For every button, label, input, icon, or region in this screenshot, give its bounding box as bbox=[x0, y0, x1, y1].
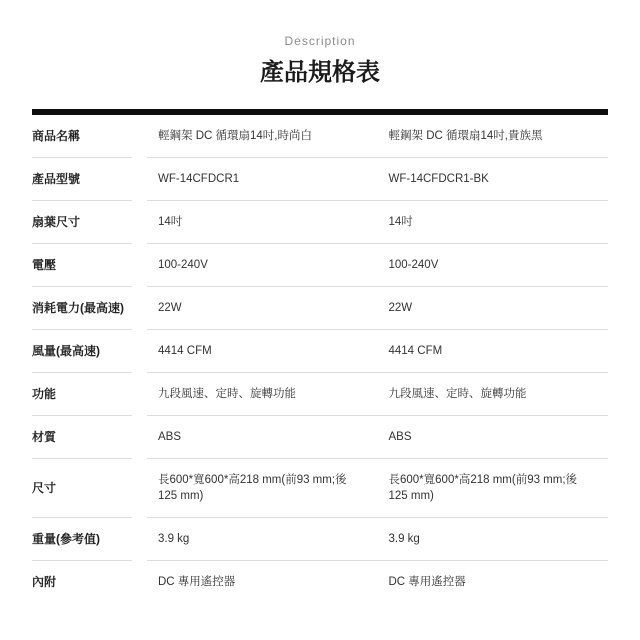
spec-value-col2: WF-14CFDCR1-BK bbox=[378, 171, 609, 187]
spec-value-col1: 輕鋼架 DC 循環扇14吋,時尚白 bbox=[147, 128, 378, 144]
spec-label: 尺寸 bbox=[32, 459, 132, 518]
spec-value-col1: 14吋 bbox=[147, 214, 378, 230]
spec-row: 功能 九段風速、定時、旋轉功能 九段風速、定時、旋轉功能 bbox=[32, 373, 608, 416]
spec-label: 重量(參考值) bbox=[32, 518, 132, 561]
spec-value-col2: DC 專用遙控器 bbox=[378, 574, 609, 590]
spec-row: 內附 DC 專用遙控器 DC 專用遙控器 bbox=[32, 561, 608, 603]
spec-label: 功能 bbox=[32, 373, 132, 416]
spec-row: 重量(參考值) 3.9 kg 3.9 kg bbox=[32, 518, 608, 561]
spec-value-col2: 14吋 bbox=[378, 214, 609, 230]
spec-value-col1: 3.9 kg bbox=[147, 531, 378, 547]
spec-value-col2: 3.9 kg bbox=[378, 531, 609, 547]
section-eyebrow: Description bbox=[0, 34, 640, 48]
spec-values: WF-14CFDCR1 WF-14CFDCR1-BK bbox=[147, 158, 608, 201]
spec-value-col1: 4414 CFM bbox=[147, 343, 378, 359]
spec-table: 商品名稱 輕鋼架 DC 循環扇14吋,時尚白 輕鋼架 DC 循環扇14吋,貴族黑… bbox=[32, 109, 608, 603]
spec-value-col2: 輕鋼架 DC 循環扇14吋,貴族黑 bbox=[378, 128, 609, 144]
spec-values: 14吋 14吋 bbox=[147, 201, 608, 244]
spec-label: 電壓 bbox=[32, 244, 132, 287]
spec-value-col1: ABS bbox=[147, 429, 378, 445]
spec-values: 九段風速、定時、旋轉功能 九段風速、定時、旋轉功能 bbox=[147, 373, 608, 416]
spec-values: 長600*寬600*高218 mm(前93 mm;後125 mm) 長600*寬… bbox=[147, 459, 608, 518]
spec-value-col2: 九段風速、定時、旋轉功能 bbox=[378, 386, 609, 402]
spec-rows: 商品名稱 輕鋼架 DC 循環扇14吋,時尚白 輕鋼架 DC 循環扇14吋,貴族黑… bbox=[32, 115, 608, 603]
spec-value-col2: 100-240V bbox=[378, 257, 609, 273]
spec-value-col1: 長600*寬600*高218 mm(前93 mm;後125 mm) bbox=[147, 472, 378, 504]
spec-row: 尺寸 長600*寬600*高218 mm(前93 mm;後125 mm) 長60… bbox=[32, 459, 608, 518]
spec-header: Description 產品規格表 bbox=[0, 0, 640, 88]
spec-value-col1: WF-14CFDCR1 bbox=[147, 171, 378, 187]
spec-row: 材質 ABS ABS bbox=[32, 416, 608, 459]
spec-values: DC 專用遙控器 DC 專用遙控器 bbox=[147, 561, 608, 603]
spec-value-col1: DC 專用遙控器 bbox=[147, 574, 378, 590]
spec-row: 消耗電力(最高速) 22W 22W bbox=[32, 287, 608, 330]
spec-values: 22W 22W bbox=[147, 287, 608, 330]
spec-row: 電壓 100-240V 100-240V bbox=[32, 244, 608, 287]
spec-value-col2: 長600*寬600*高218 mm(前93 mm;後125 mm) bbox=[378, 472, 609, 504]
spec-row: 產品型號 WF-14CFDCR1 WF-14CFDCR1-BK bbox=[32, 158, 608, 201]
spec-values: ABS ABS bbox=[147, 416, 608, 459]
spec-value-col2: 22W bbox=[378, 300, 609, 316]
page-title: 產品規格表 bbox=[0, 58, 640, 88]
product-spec-page: Description 產品規格表 商品名稱 輕鋼架 DC 循環扇14吋,時尚白… bbox=[0, 0, 640, 640]
spec-label: 消耗電力(最高速) bbox=[32, 287, 132, 330]
spec-label: 扇葉尺寸 bbox=[32, 201, 132, 244]
spec-value-col1: 九段風速、定時、旋轉功能 bbox=[147, 386, 378, 402]
spec-value-col2: 4414 CFM bbox=[378, 343, 609, 359]
spec-label: 內附 bbox=[32, 561, 132, 603]
spec-label: 商品名稱 bbox=[32, 115, 132, 158]
spec-row: 商品名稱 輕鋼架 DC 循環扇14吋,時尚白 輕鋼架 DC 循環扇14吋,貴族黑 bbox=[32, 115, 608, 158]
spec-value-col2: ABS bbox=[378, 429, 609, 445]
spec-value-col1: 22W bbox=[147, 300, 378, 316]
spec-values: 4414 CFM 4414 CFM bbox=[147, 330, 608, 373]
spec-values: 100-240V 100-240V bbox=[147, 244, 608, 287]
spec-row: 風量(最高速) 4414 CFM 4414 CFM bbox=[32, 330, 608, 373]
spec-value-col1: 100-240V bbox=[147, 257, 378, 273]
spec-label: 產品型號 bbox=[32, 158, 132, 201]
spec-values: 3.9 kg 3.9 kg bbox=[147, 518, 608, 561]
spec-label: 風量(最高速) bbox=[32, 330, 132, 373]
spec-row: 扇葉尺寸 14吋 14吋 bbox=[32, 201, 608, 244]
spec-values: 輕鋼架 DC 循環扇14吋,時尚白 輕鋼架 DC 循環扇14吋,貴族黑 bbox=[147, 115, 608, 158]
spec-label: 材質 bbox=[32, 416, 132, 459]
